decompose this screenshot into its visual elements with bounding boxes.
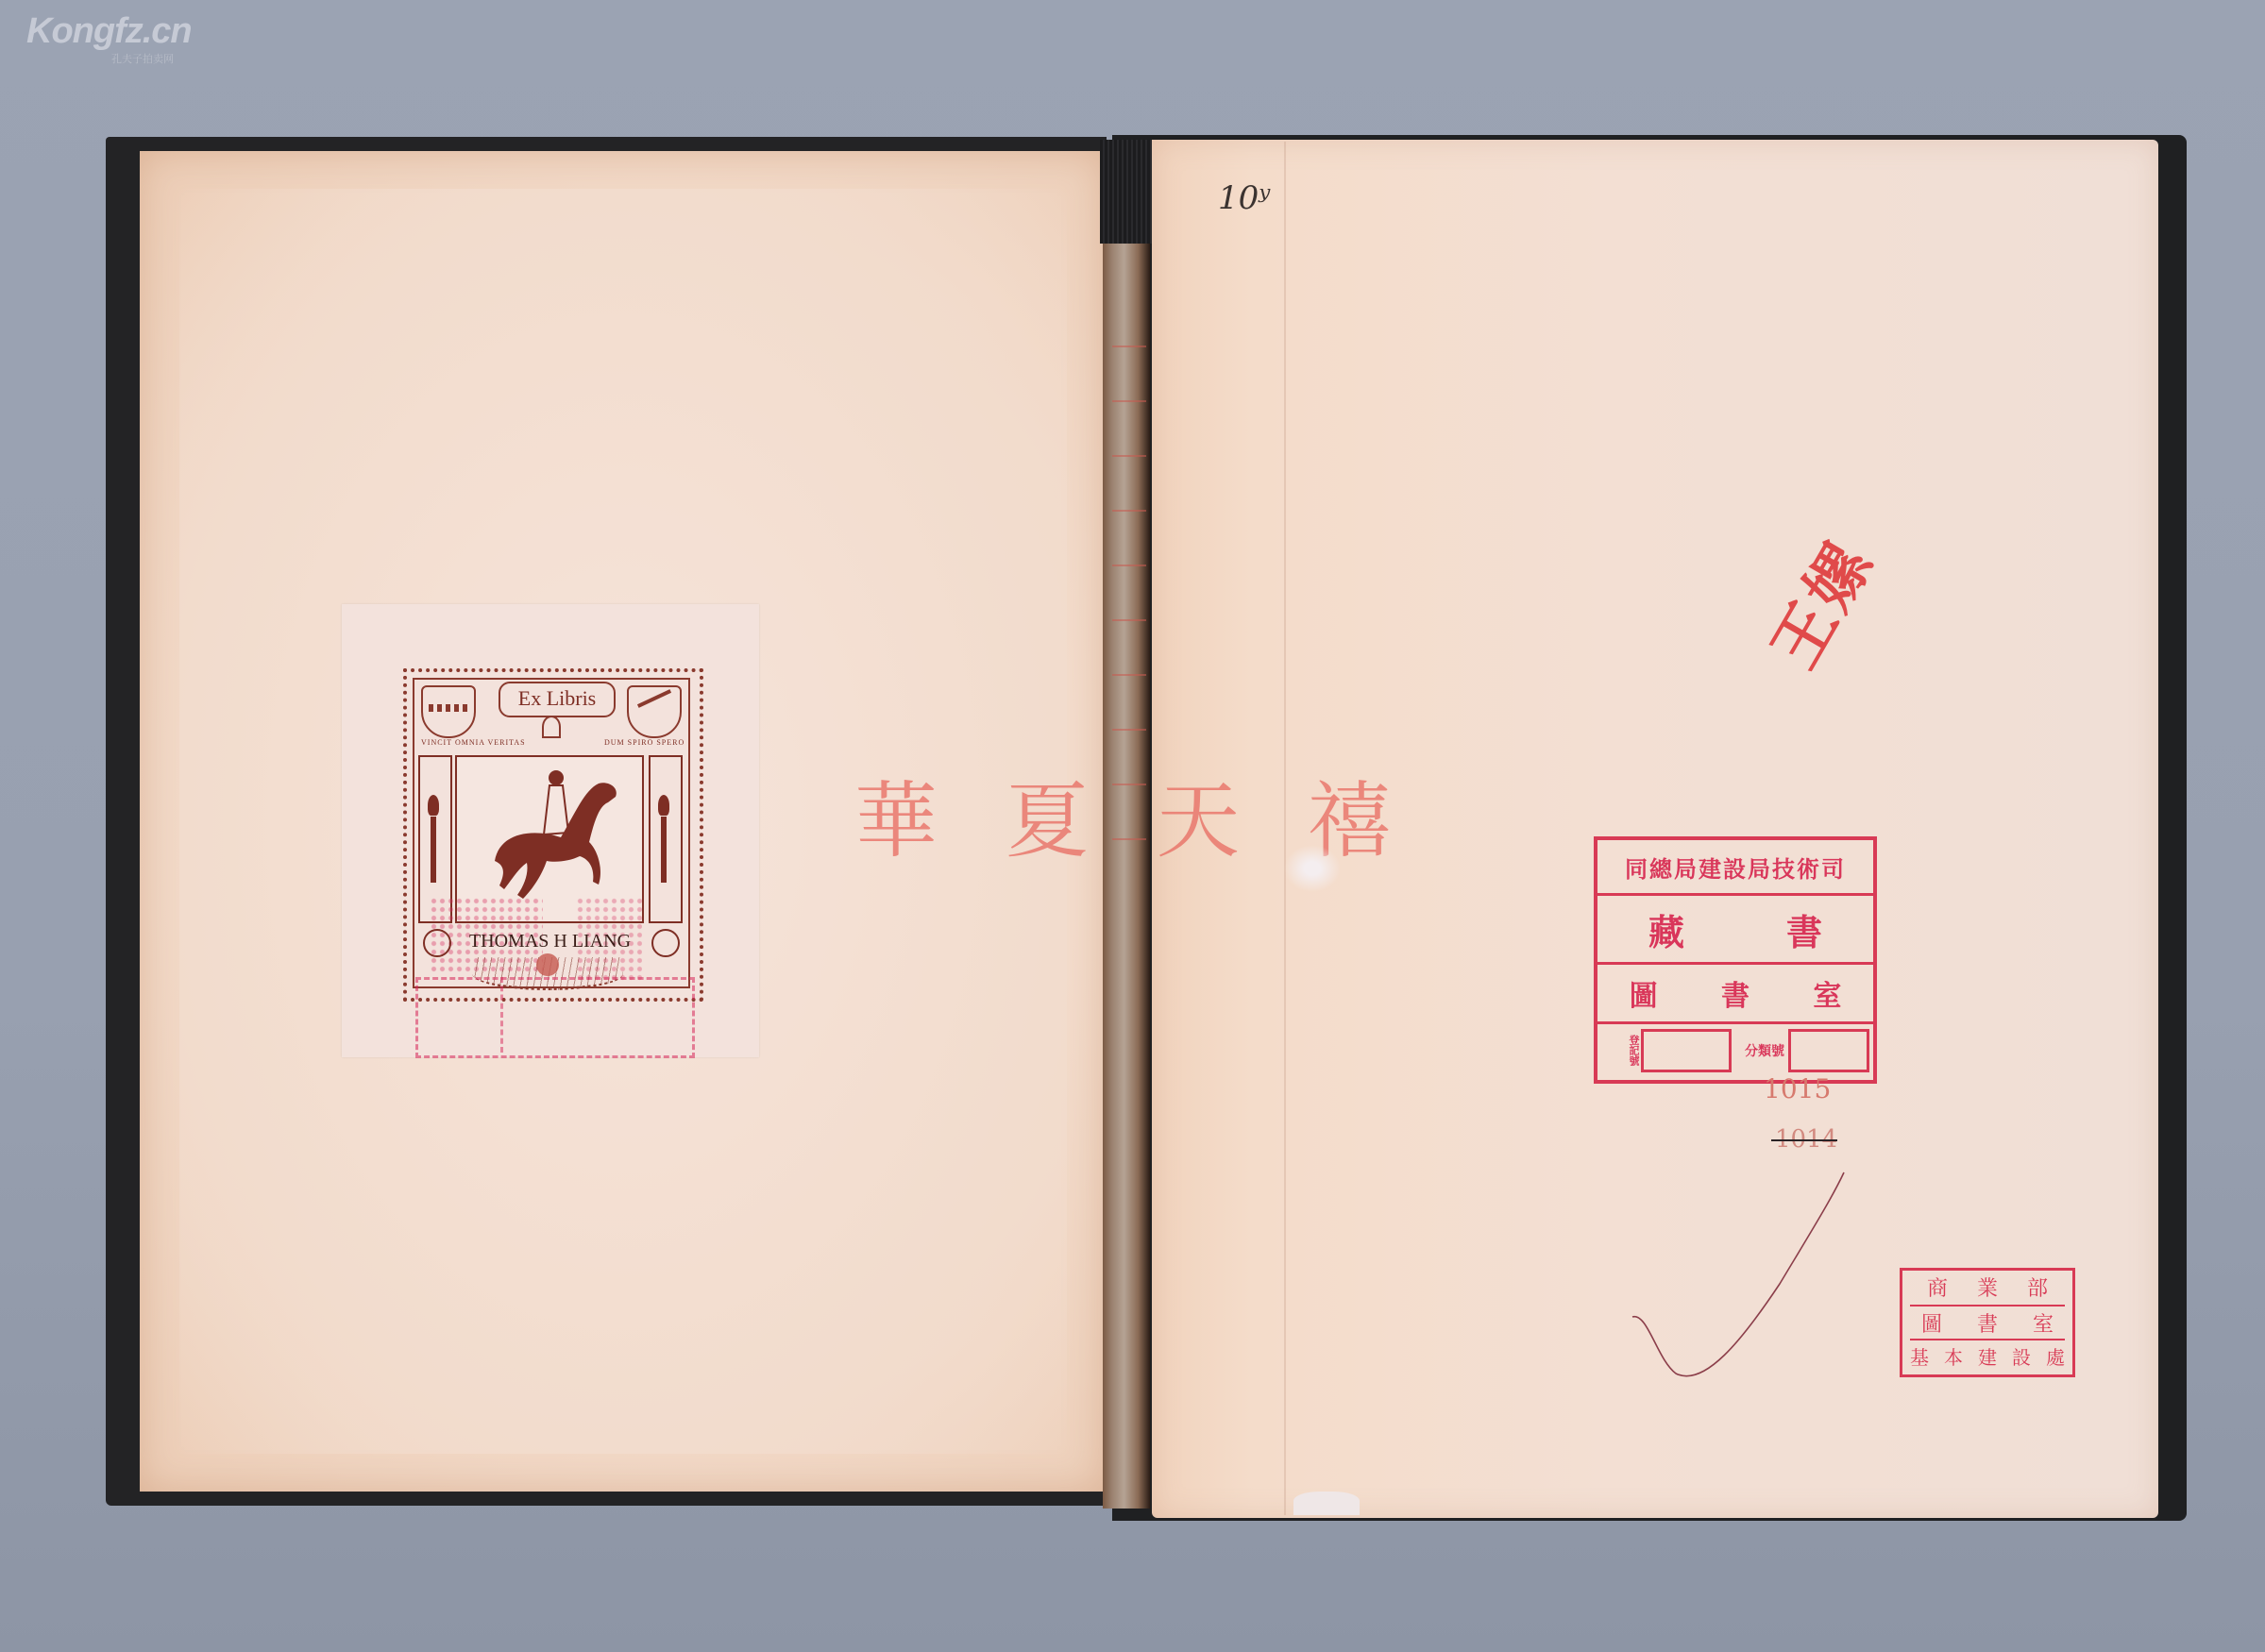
commerce-ministry-stamp: 商 業 部 圖 書 室 基 本 建 設 處: [1900, 1268, 2075, 1377]
stamp-char: 書: [1977, 1308, 1998, 1338]
motto-left: VINCIT OMNIA VERITAS: [421, 738, 526, 747]
registration-label: 登記號: [1597, 1035, 1641, 1066]
paper-tear: [1293, 1492, 1360, 1515]
stamp-row-office: 基 本 建 設 處: [1910, 1339, 2065, 1370]
library-stamp-title: 藏 書: [1597, 896, 1873, 965]
library-collection-stamp: 同總局建設局技術司 藏 書 圖 書 室 登記號 分類號: [1594, 836, 1877, 1084]
left-shield-icon: [421, 685, 476, 738]
stamp-char: 部: [2027, 1273, 2048, 1302]
right-flame-icon: [658, 795, 669, 816]
subtitle-char-2: 書: [1721, 972, 1749, 1014]
watermark-char-3: 天: [1157, 755, 1240, 874]
title-char-1: 藏: [1648, 903, 1684, 955]
stamp-char: 本: [1944, 1342, 1963, 1370]
stamp-char: 設: [2012, 1342, 2031, 1370]
stamp-char: 業: [1977, 1273, 1998, 1302]
subtitle-char-3: 室: [1813, 972, 1841, 1014]
right-page-hinge-fold: [1284, 142, 1286, 1515]
stamp-char: 處: [2046, 1342, 2065, 1370]
library-stamp-subtitle: 圖 書 室: [1597, 965, 1873, 1024]
motto-right: DUM SPIRO SPERO: [604, 738, 685, 747]
stamp-char: 圖: [1921, 1308, 1942, 1338]
registration-field: [1641, 1029, 1732, 1072]
strike-through-line: [1771, 1139, 1837, 1141]
subtitle-char-1: 圖: [1630, 972, 1658, 1014]
left-torch-icon: [431, 817, 436, 883]
faded-stamp-divider: [500, 977, 503, 1053]
stamp-char: 室: [2033, 1308, 2054, 1338]
right-shield-icon: [627, 685, 682, 738]
pencil-check-mark-icon: [1629, 1171, 1846, 1397]
classification-field: [1788, 1029, 1869, 1072]
faded-stamp-outline: [415, 977, 695, 1058]
cherub-face-icon: [536, 953, 559, 976]
ex-libris-banner: Ex Libris: [499, 682, 616, 717]
stamp-char: 商: [1927, 1273, 1948, 1302]
stamp-char: 建: [1978, 1342, 1997, 1370]
stamp-row-library: 圖 書 室: [1910, 1305, 2065, 1338]
stamp-char: 基: [1910, 1342, 1929, 1370]
paper-scuff: [1284, 845, 1341, 892]
handwritten-note: 10ʸ: [1218, 179, 1270, 217]
left-flame-icon: [428, 795, 439, 816]
watermark-char-1: 華: [854, 755, 938, 874]
library-stamp-fields: 登記號 分類號: [1597, 1024, 1873, 1076]
kongfz-watermark-logo: Kongfz.cn 孔夫子拍卖网: [17, 9, 177, 66]
logo-brand: Kongfz.cn: [26, 11, 192, 52]
stamp-row-ministry: 商 業 部: [1910, 1273, 2065, 1302]
logo-subtitle: 孔夫子拍卖网: [111, 51, 174, 66]
spine-headband: [1100, 140, 1152, 244]
right-torch-icon: [661, 817, 667, 883]
accession-number: 1015: [1764, 1073, 1831, 1104]
shell-ornament-icon: [542, 716, 561, 738]
watermark-char-2: 夏: [1006, 755, 1089, 874]
title-char-2: 書: [1786, 903, 1822, 955]
classification-label: 分類號: [1745, 1041, 1784, 1060]
gutter-ruled-lines: [1112, 293, 1146, 859]
bookplate-owner-name: THOMAS H LIANG: [434, 931, 666, 952]
library-stamp-header: 同總局建設局技術司: [1597, 840, 1873, 896]
